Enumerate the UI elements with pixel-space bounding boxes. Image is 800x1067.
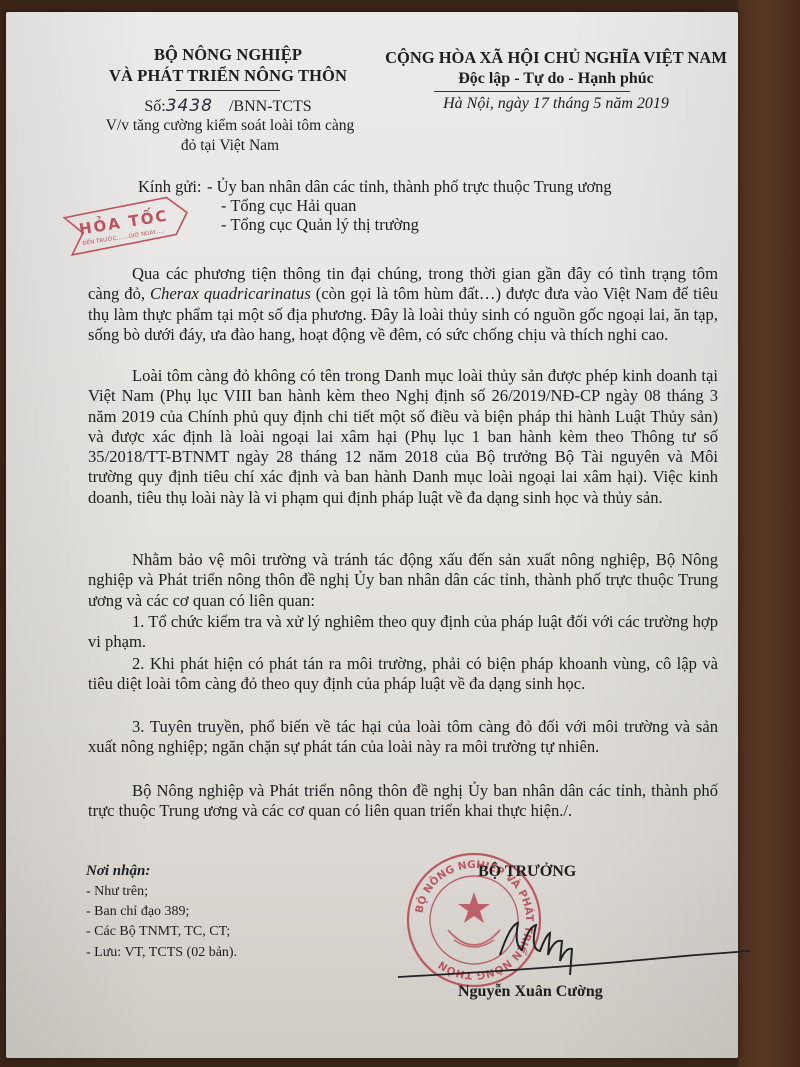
national-title: CỘNG HÒA XÃ HỘI CHỦ NGHĨA VIỆT NAM xyxy=(356,48,756,68)
motto-underline xyxy=(434,91,630,92)
distribution-item: - Lưu: VT, TCTS (02 bản). xyxy=(86,945,237,961)
subject-line-1: V/v tăng cường kiểm soát loài tôm càng xyxy=(60,116,400,136)
distribution-item: - Các Bộ TNMT, TC, CT; xyxy=(86,924,230,940)
action-item-3: 3. Tuyên truyền, phổ biến về tác hại của… xyxy=(88,717,718,758)
ministry-underline xyxy=(176,90,280,91)
distribution-label: Nơi nhận: xyxy=(86,863,150,880)
body-paragraph-3: Nhằm bảo vệ môi trường và tránh tác động… xyxy=(88,550,718,611)
action-item-2: 2. Khi phát hiện có phát tán ra môi trườ… xyxy=(88,654,718,695)
recipient-item: - Tổng cục Hải quan xyxy=(221,196,356,216)
document-subject: V/v tăng cường kiểm soát loài tôm càng đ… xyxy=(60,116,400,156)
recipient-item: - Tổng cục Quản lý thị trường xyxy=(221,215,419,235)
ministry-line-2: VÀ PHÁT TRIỂN NÔNG THÔN xyxy=(78,65,378,86)
number-suffix: /BNN-TCTS xyxy=(229,98,312,115)
document-number: Số:3438 /BNN-TCTS xyxy=(78,96,378,116)
handwritten-signature xyxy=(390,905,750,985)
distribution-item: - Như trên; xyxy=(86,884,148,900)
subject-line-2: đỏ tại Việt Nam xyxy=(60,136,400,156)
action-item-1: 1. Tổ chức kiểm tra và xử lý nghiêm theo… xyxy=(88,612,718,653)
document-page xyxy=(6,12,738,1058)
signer-name: Nguyễn Xuân Cường xyxy=(458,983,603,1001)
signature-icon xyxy=(390,905,750,985)
body-paragraph-2: Loài tôm càng đỏ không có tên trong Danh… xyxy=(88,366,718,508)
closing-paragraph: Bộ Nông nghiệp và Phát triển nông thôn đ… xyxy=(88,781,718,822)
issuing-ministry: BỘ NÔNG NGHIỆP VÀ PHÁT TRIỂN NÔNG THÔN xyxy=(78,44,378,86)
body-paragraph-1: Qua các phương tiện thông tin đại chúng,… xyxy=(88,264,718,345)
number-handwritten: 3438 xyxy=(166,96,213,116)
national-motto: Độc lập - Tự do - Hạnh phúc xyxy=(356,70,756,88)
recipient-item: - Ủy ban nhân dân các tỉnh, thành phố tr… xyxy=(207,177,612,197)
signer-title: BỘ TRƯỞNG xyxy=(478,863,576,881)
number-prefix: Số: xyxy=(144,98,165,115)
document-date: Hà Nội, ngày 17 tháng 5 năm 2019 xyxy=(356,95,756,113)
ministry-line-1: BỘ NÔNG NGHIỆP xyxy=(78,44,378,65)
species-name: Cherax quadricarinatus xyxy=(150,284,311,303)
distribution-item: - Ban chỉ đạo 389; xyxy=(86,904,189,920)
